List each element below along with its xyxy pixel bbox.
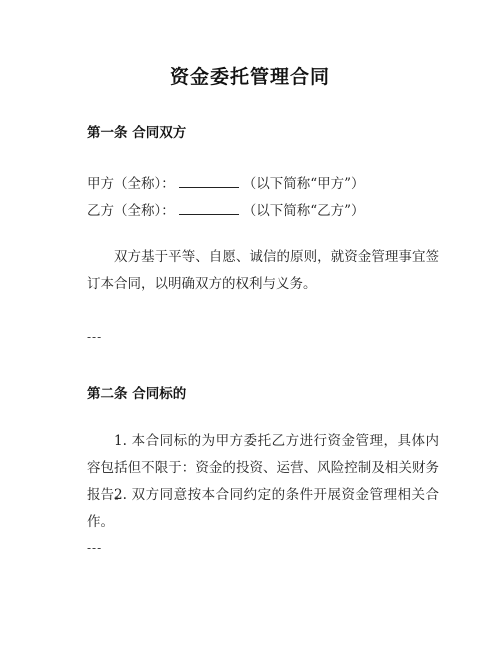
party-b-suffix: （以下简称“乙方”）: [243, 203, 365, 219]
party-a-suffix: （以下简称“甲方”）: [243, 176, 365, 192]
party-b-blank: [179, 202, 239, 215]
article2-heading: 第二条 合同标的: [87, 382, 186, 402]
party-a-line: 甲方（全称）：（以下简称“甲方”）: [87, 172, 365, 192]
document-title: 资金委托管理合同: [0, 62, 500, 89]
party-b-label: 乙方（全称）：: [87, 203, 175, 219]
party-b-line: 乙方（全称）：（以下简称“乙方”）: [87, 199, 365, 219]
separator-2: ---: [87, 541, 102, 555]
article2-item-2: 2. 双方同意按本合同约定的条件开展资金管理相关合作。: [87, 482, 439, 536]
article1-paragraph: 双方基于平等、自愿、诚信的原则，就资金管理事宜签订本合同，以明确双方的权利与义务…: [87, 244, 439, 298]
separator-1: ---: [87, 330, 102, 344]
party-a-label: 甲方（全称）：: [87, 176, 175, 192]
article1-heading: 第一条 合同双方: [87, 121, 186, 141]
party-a-blank: [179, 175, 239, 188]
